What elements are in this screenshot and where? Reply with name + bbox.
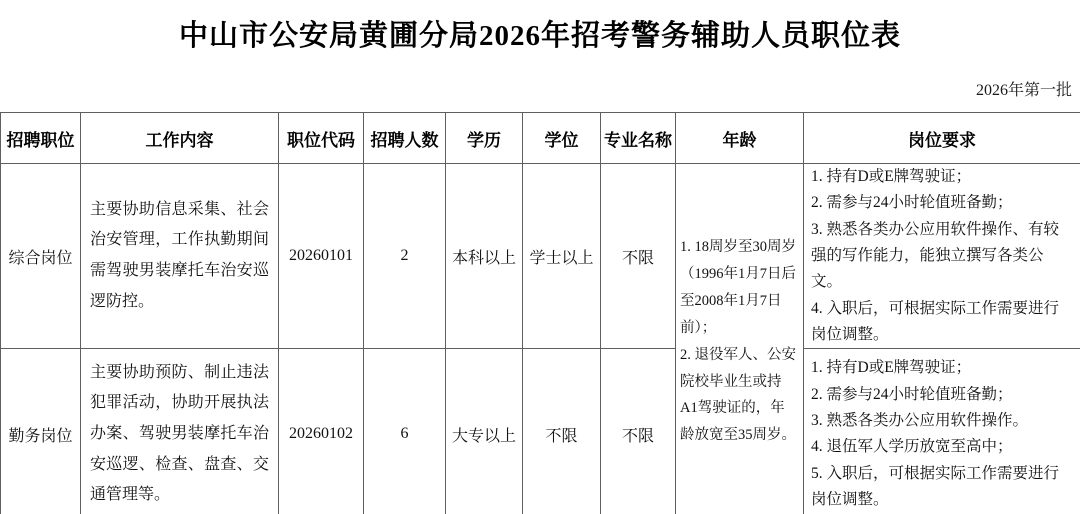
- major-cell: 不限: [601, 164, 676, 349]
- requirements-cell: 1. 持有D或E牌驾驶证； 2. 需参与24小时轮值班备勤； 3. 熟悉各类办公…: [804, 164, 1080, 349]
- position-cell: 综合岗位: [1, 164, 81, 349]
- header-cell-degree: 学位: [523, 113, 601, 164]
- header-cell-requirements: 岗位要求: [804, 113, 1080, 164]
- education-cell: 本科以上: [446, 164, 523, 349]
- table-row: 勤务岗位 主要协助预防、制止违法犯罪活动，协助开展执法办案、驾驶男装摩托车治安巡…: [1, 349, 1080, 514]
- header-cell-major: 专业名称: [601, 113, 676, 164]
- major-cell: 不限: [601, 349, 676, 514]
- headcount-cell: 6: [364, 349, 446, 514]
- education-cell: 大专以上: [446, 349, 523, 514]
- duties-cell: 主要协助预防、制止违法犯罪活动，协助开展执法办案、驾驶男装摩托车治安巡逻、检查、…: [81, 349, 279, 514]
- header-cell-duties: 工作内容: [81, 113, 279, 164]
- header-cell-headcount: 招聘人数: [364, 113, 446, 164]
- header-cell-code: 职位代码: [279, 113, 364, 164]
- position-cell: 勤务岗位: [1, 349, 81, 514]
- batch-label: 2026年第一批: [976, 77, 1072, 100]
- degree-cell: 学士以上: [523, 164, 601, 349]
- document-page: 中山市公安局黄圃分局2026年招考警务辅助人员职位表 2026年第一批 招聘职位…: [0, 0, 1080, 514]
- positions-table: 招聘职位 工作内容 职位代码 招聘人数 学历 学位 专业名称 年龄 岗位要求 综…: [0, 112, 1080, 514]
- headcount-cell: 2: [364, 164, 446, 349]
- requirements-cell: 1. 持有D或E牌驾驶证； 2. 需参与24小时轮值班备勤； 3. 熟悉各类办公…: [804, 349, 1080, 514]
- header-cell-position: 招聘职位: [1, 113, 81, 164]
- degree-cell: 不限: [523, 349, 601, 514]
- header-row: 招聘职位 工作内容 职位代码 招聘人数 学历 学位 专业名称 年龄 岗位要求: [1, 113, 1080, 164]
- age-cell: 1. 18周岁至30周岁（1996年1月7日后至2008年1月7日前）； 2. …: [676, 164, 804, 514]
- code-cell: 20260101: [279, 164, 364, 349]
- page-title: 中山市公安局黄圃分局2026年招考警务辅助人员职位表: [0, 0, 1080, 54]
- code-cell: 20260102: [279, 349, 364, 514]
- header-cell-education: 学历: [446, 113, 523, 164]
- duties-cell: 主要协助信息采集、社会治安管理，工作执勤期间需驾驶男装摩托车治安巡逻防控。: [81, 164, 279, 349]
- table-row: 综合岗位 主要协助信息采集、社会治安管理，工作执勤期间需驾驶男装摩托车治安巡逻防…: [1, 164, 1080, 349]
- header-cell-age: 年龄: [676, 113, 804, 164]
